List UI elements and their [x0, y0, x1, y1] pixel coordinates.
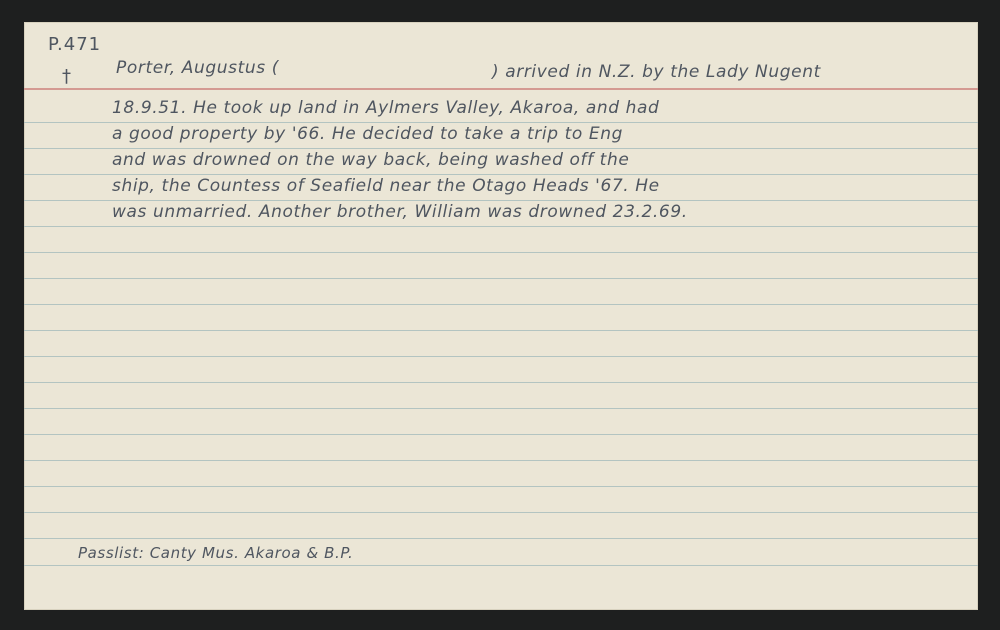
deceased-dagger-icon: †: [62, 66, 72, 87]
ruled-line: [24, 174, 978, 175]
header-red-rule: [24, 88, 978, 90]
ruled-line: [24, 200, 978, 201]
body-line: was unmarried. Another brother, William …: [112, 202, 688, 222]
ruled-line: [24, 148, 978, 149]
ruled-line: [24, 408, 978, 409]
ruled-line: [24, 382, 978, 383]
body-line: a good property by '66. He decided to ta…: [112, 124, 623, 144]
body-line: 18.9.51. He took up land in Aylmers Vall…: [112, 98, 659, 118]
ruled-line: [24, 512, 978, 513]
body-line: and was drowned on the way back, being w…: [112, 150, 629, 170]
body-line: ship, the Countess of Seafield near the …: [112, 176, 660, 196]
card-reference: P.471: [48, 34, 101, 55]
ruled-line: [24, 434, 978, 435]
sources-note: Passlist: Canty Mus. Akaroa & B.P.: [78, 544, 353, 562]
ruled-line: [24, 486, 978, 487]
ruled-line: [24, 278, 978, 279]
index-card: P.471 † Porter, Augustus ( ) arrived in …: [24, 22, 978, 610]
ruled-line: [24, 252, 978, 253]
ruled-line: [24, 304, 978, 305]
ruled-line: [24, 356, 978, 357]
ruled-line: [24, 226, 978, 227]
ruled-line: [24, 538, 978, 539]
ruled-line: [24, 122, 978, 123]
arrival-info: ) arrived in N.Z. by the Lady Nugent: [492, 62, 821, 82]
ruled-line: [24, 460, 978, 461]
ruled-line: [24, 330, 978, 331]
ruled-line: [24, 565, 978, 566]
person-name: Porter, Augustus (: [116, 58, 279, 78]
